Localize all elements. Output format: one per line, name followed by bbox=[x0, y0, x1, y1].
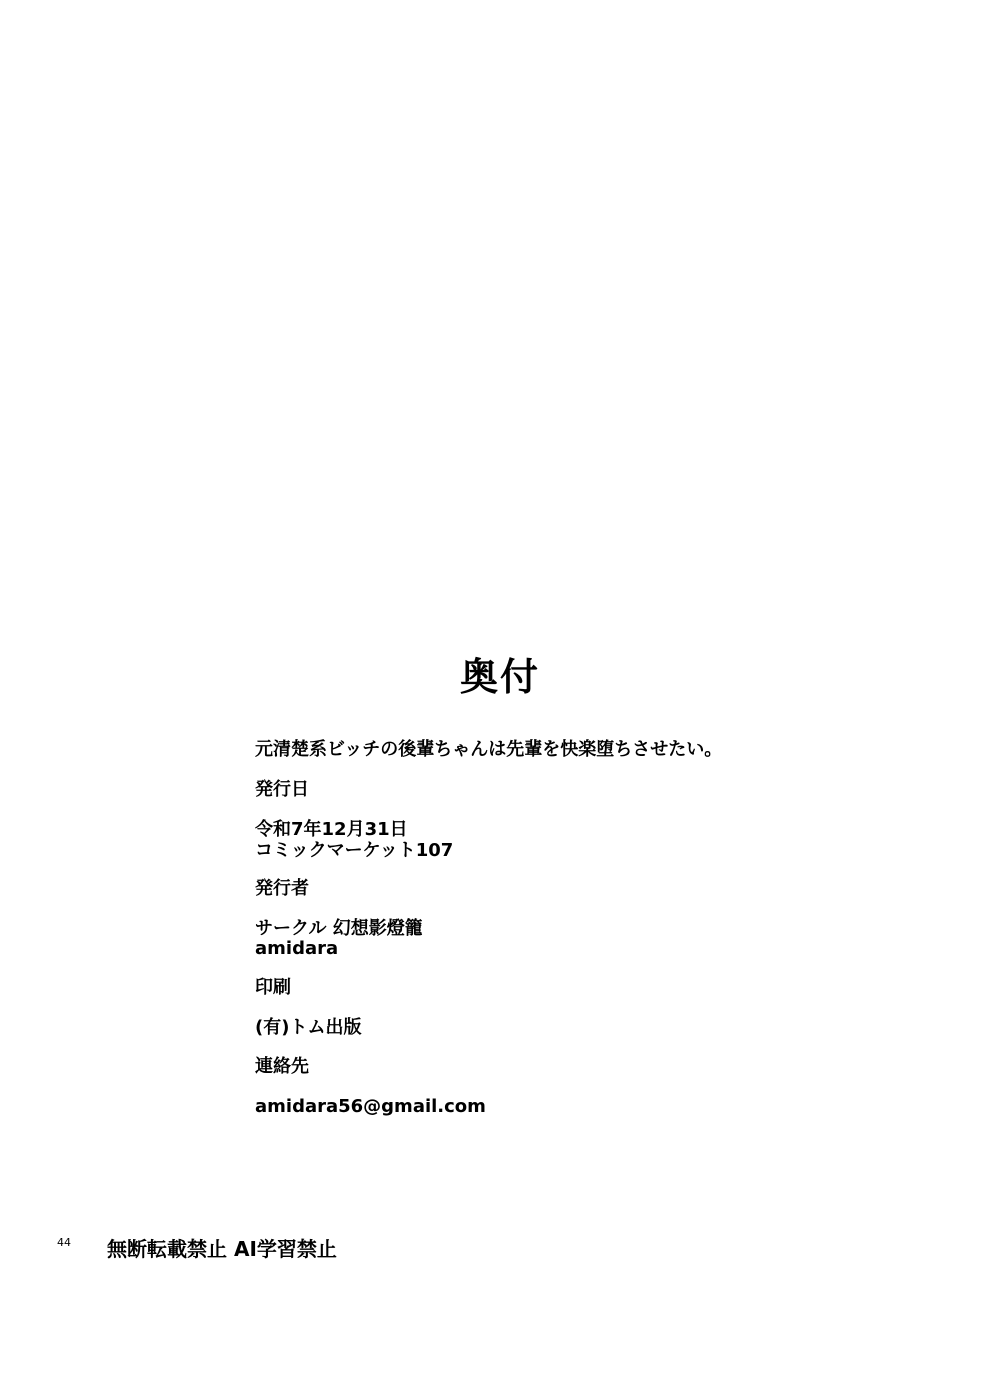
reproduction-notice: 無断転載禁止 AI学習禁止 bbox=[107, 1236, 337, 1262]
contact-email: amidara56@gmail.com bbox=[255, 1096, 486, 1118]
circle-name: サークル 幻想影燈籠 bbox=[255, 918, 423, 940]
contact-label: 連絡先 bbox=[255, 1056, 309, 1078]
colophon-title: 奥付 bbox=[0, 652, 1000, 702]
printer-name: (有)トム出版 bbox=[255, 1017, 361, 1039]
publisher-label: 発行者 bbox=[255, 878, 309, 900]
printing-label: 印刷 bbox=[255, 977, 291, 999]
author-name: amidara bbox=[255, 938, 338, 960]
issue-date-value: 令和7年12月31日 bbox=[255, 819, 408, 841]
event-name: コミックマーケット107 bbox=[255, 840, 453, 862]
page-number: 44 bbox=[57, 1236, 71, 1250]
book-title: 元清楚系ビッチの後輩ちゃんは先輩を快楽堕ちさせたい。 bbox=[255, 739, 722, 761]
issue-date-label: 発行日 bbox=[255, 779, 309, 801]
